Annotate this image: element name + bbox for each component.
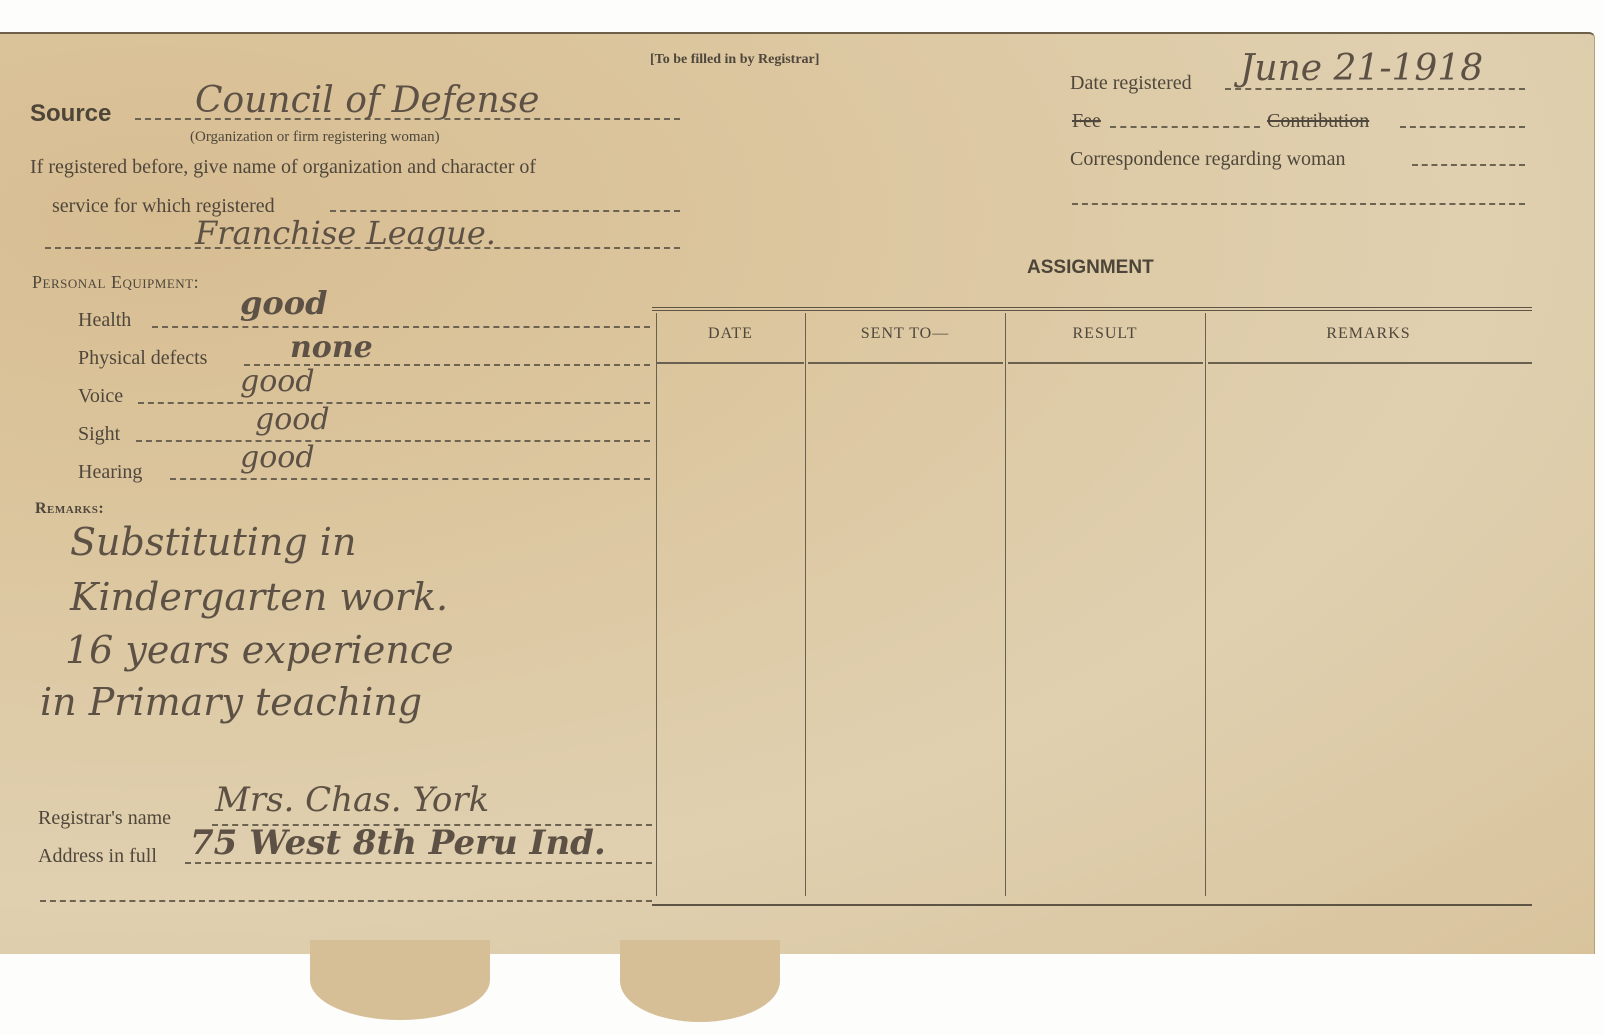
address-value[interactable]: 75 West 8th Peru Ind. (190, 823, 606, 863)
health-value[interactable]: good (240, 284, 327, 322)
fee-line (1110, 126, 1260, 128)
card-tab-left (310, 940, 490, 1020)
assignment-table (652, 307, 1532, 906)
health-label: Health (78, 309, 131, 332)
header-rule (1208, 362, 1532, 364)
voice-line (138, 402, 650, 404)
sight-value[interactable]: good (255, 402, 330, 437)
assignment-col-border (656, 313, 657, 896)
card-tab-right (620, 940, 780, 1022)
assignment-title: ASSIGNMENT (1027, 257, 1154, 279)
correspondence-line-2 (1072, 203, 1525, 205)
registrar-name-value[interactable]: Mrs. Chas. York (215, 780, 489, 820)
registrar-note: [To be filled in by Registrar] (650, 52, 819, 68)
correspondence-line (1412, 164, 1525, 166)
assignment-header-remarks: REMARKS (1205, 325, 1532, 343)
assignment-col-border (1005, 313, 1006, 896)
personal-equipment-title: Personal Equipment: (32, 272, 199, 293)
assignment-header-date: DATE (656, 325, 805, 343)
physical-defects-value[interactable]: none (290, 330, 373, 365)
address-line-2 (40, 900, 652, 902)
correspondence-label: Correspondence regarding woman (1070, 148, 1345, 171)
sight-label: Sight (78, 423, 120, 446)
previous-registration-prompt: If registered before, give name of organ… (30, 156, 536, 179)
date-registered-label: Date registered (1070, 72, 1192, 95)
header-rule (1008, 362, 1203, 364)
source-label: Source (30, 100, 111, 128)
header-rule (808, 362, 1003, 364)
fee-label: Fee (1072, 110, 1101, 133)
registrar-name-label: Registrar's name (38, 807, 171, 830)
previous-registration-line (330, 210, 680, 212)
date-registered-value[interactable]: June 21-1918 (1240, 48, 1483, 89)
remarks-title: Remarks: (35, 500, 104, 518)
assignment-col-border (1205, 313, 1206, 896)
remarks-line-1[interactable]: Substituting in (70, 520, 356, 564)
assignment-header-result: RESULT (1005, 325, 1205, 343)
hearing-label: Hearing (78, 461, 142, 484)
header-rule (656, 362, 804, 364)
remarks-line-3[interactable]: 16 years experience (65, 628, 454, 672)
sight-line (136, 440, 650, 442)
previous-registration-line-2 (45, 247, 680, 249)
assignment-col-border (805, 313, 806, 896)
physical-defects-label: Physical defects (78, 347, 207, 370)
remarks-line-2[interactable]: Kindergarten work. (70, 575, 448, 619)
hearing-line (170, 478, 650, 480)
assignment-header-sent-to: SENT TO— (805, 325, 1005, 343)
source-value[interactable]: Council of Defense (195, 80, 539, 121)
source-caption: (Organization or firm registering woman) (190, 129, 440, 146)
contribution-label: Contribution (1267, 110, 1369, 133)
voice-value[interactable]: good (240, 364, 315, 399)
contribution-line (1400, 126, 1525, 128)
hearing-value[interactable]: good (240, 440, 315, 475)
remarks-line-4[interactable]: in Primary teaching (40, 680, 422, 724)
health-line (152, 326, 650, 328)
voice-label: Voice (78, 385, 123, 408)
address-label: Address in full (38, 845, 157, 868)
